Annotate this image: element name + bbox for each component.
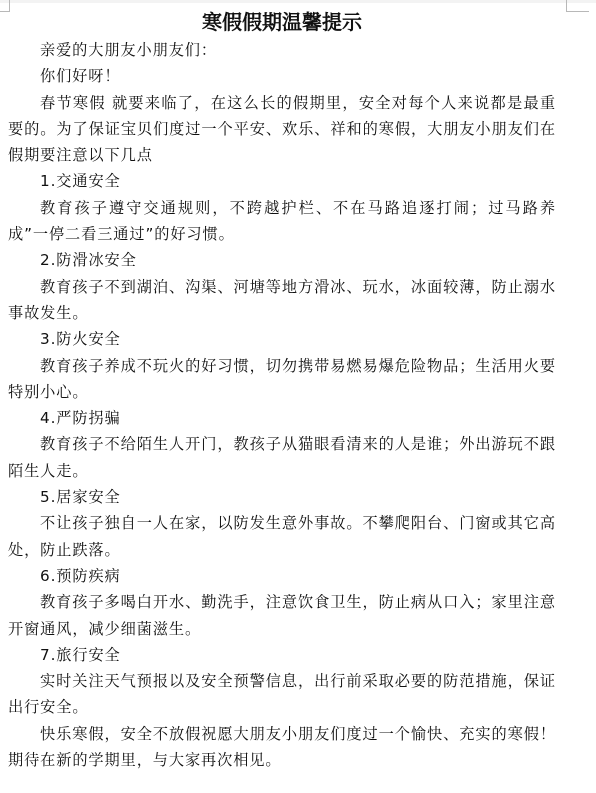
section-heading-travel: 7.旅行安全	[8, 642, 556, 668]
section-heading-disease: 6.预防疾病	[8, 563, 556, 589]
document-page[interactable]: 寒假假期温馨提示 亲爱的大朋友小朋友们： 你们好呀！ 春节寒假 就要来临了，在这…	[8, 7, 556, 773]
section-body-traffic: 教育孩子遵守交通规则，不跨越护栏、不在马路追逐打闹；过马路养成”一停二看三通过”…	[8, 195, 556, 248]
greeting: 亲爱的大朋友小朋友们：	[8, 37, 556, 63]
section-heading-home: 5.居家安全	[8, 484, 556, 510]
intro-paragraph: 春节寒假 就要来临了，在这么长的假期里，安全对每个人来说都是最重要的。为了保证宝…	[8, 90, 556, 169]
section-body-abduction: 教育孩子不给陌生人开门，教孩子从猫眼看清来的人是谁；外出游玩不跟陌生人走。	[8, 431, 556, 484]
section-heading-ice: 2.防滑冰安全	[8, 247, 556, 273]
section-body-travel: 实时关注天气预报以及安全预警信息，出行前采取必要的防范措施，保证出行安全。	[8, 668, 556, 721]
closing-paragraph: 快乐寒假，安全不放假祝愿大朋友小朋友们度过一个愉快、充实的寒假！期待在新的学期里…	[8, 721, 556, 774]
section-body-disease: 教育孩子多喝白开水、勤洗手，注意饮食卫生，防止病从口入；家里注意开窗通风，减少细…	[8, 589, 556, 642]
document-title: 寒假假期温馨提示	[8, 7, 556, 37]
section-heading-abduction: 4.严防拐骗	[8, 405, 556, 431]
margin-corner-mark-top-right	[566, 0, 589, 12]
section-heading-traffic: 1.交通安全	[8, 168, 556, 194]
section-body-fire: 教育孩子养成不玩火的好习惯，切勿携带易燃易爆危险物品；生活用火要特别小心。	[8, 353, 556, 406]
section-heading-fire: 3.防火安全	[8, 326, 556, 352]
section-body-ice: 教育孩子不到湖泊、沟渠、河塘等地方滑冰、玩水，冰面较薄，防止溺水事故发生。	[8, 274, 556, 327]
salutation: 你们好呀！	[8, 63, 556, 89]
ruler-edge	[0, 0, 596, 3]
section-body-home: 不让孩子独自一人在家，以防发生意外事故。不攀爬阳台、门窗或其它高处，防止跌落。	[8, 510, 556, 563]
